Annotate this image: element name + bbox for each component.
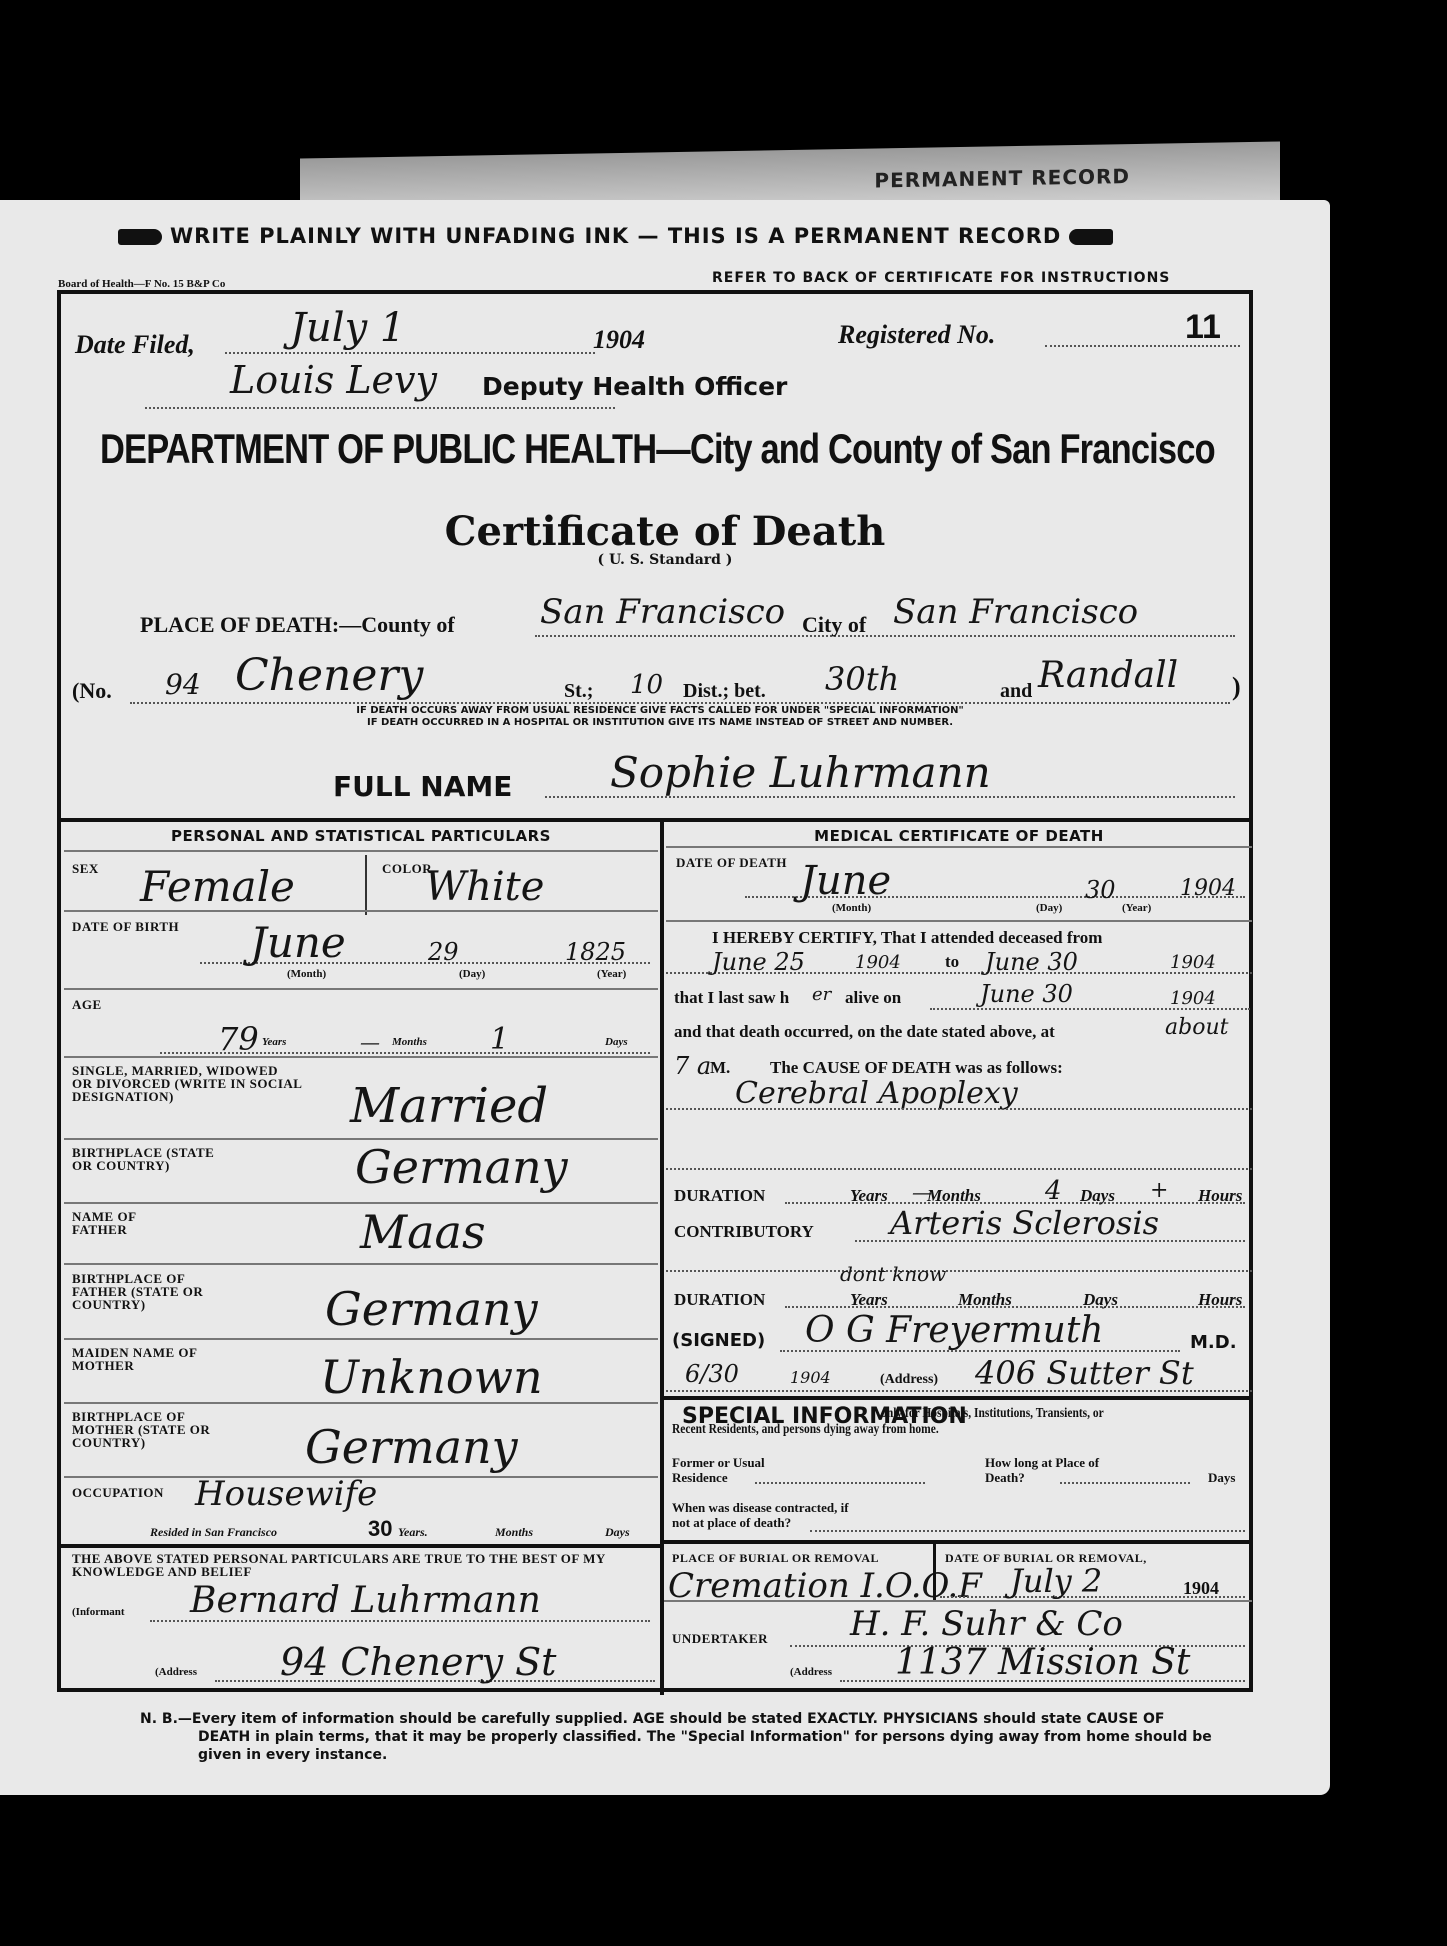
signed-label: (SIGNED) xyxy=(672,1330,765,1351)
year-caption: (Year) xyxy=(597,968,626,980)
dod-month-caption: (Month) xyxy=(832,902,871,914)
full-name-value: Sophie Luhrmann xyxy=(610,748,991,797)
contributory-label: CONTRIBUTORY xyxy=(674,1222,814,1242)
attended-from: June 25 xyxy=(712,948,805,976)
duration-2-note: dont know xyxy=(840,1262,946,1286)
dist-label: Dist.; bet. xyxy=(683,680,766,703)
department-heading: DEPARTMENT OF PUBLIC HEALTH—City and Cou… xyxy=(100,425,1215,473)
city-label: City of xyxy=(802,612,866,638)
age-days: 1 xyxy=(490,1022,509,1057)
dob-month: June xyxy=(250,918,346,967)
mother-label: MAIDEN NAME OF MOTHER xyxy=(72,1346,212,1372)
father-label: NAME OF FATHER xyxy=(72,1210,182,1236)
district-value: 10 xyxy=(630,670,663,700)
informant-address-value: 94 Chenery St xyxy=(280,1640,556,1684)
md-label: M.D. xyxy=(1190,1332,1237,1353)
certify-text: I HEREBY CERTIFY, That I attended deceas… xyxy=(712,928,1102,948)
resided-months-caption: Months xyxy=(495,1525,533,1540)
mother-value: Unknown xyxy=(320,1350,543,1404)
father-birthplace-label: BIRTHPLACE OF FATHER (State or Country) xyxy=(72,1272,212,1311)
street-value: Chenery xyxy=(235,650,423,701)
dob-label: DATE OF BIRTH xyxy=(72,920,179,933)
officer-signature: Louis Levy xyxy=(230,358,437,402)
duration-years-label: Years xyxy=(850,1186,888,1206)
resided-years: 30 xyxy=(368,1516,392,1542)
date-filed-value: July 1 xyxy=(290,305,405,351)
time-about: about xyxy=(1165,1015,1228,1040)
st-label: St.; xyxy=(564,680,593,703)
dob-year: 1825 xyxy=(565,938,626,966)
duration-2-days-label: Days xyxy=(1083,1290,1118,1310)
attended-to: June 30 xyxy=(985,948,1078,976)
resided-years-caption: Years. xyxy=(398,1525,428,1540)
date-filed-label: Date Filed, xyxy=(75,330,195,360)
month-caption: (Month) xyxy=(287,968,326,980)
age-years: 79 xyxy=(218,1020,259,1058)
residence-label: Former or Usual Residence xyxy=(672,1455,772,1485)
close-paren: ) xyxy=(1232,672,1241,702)
dod-year-caption: (Year) xyxy=(1122,902,1151,914)
date-filed-year: 1904 xyxy=(593,325,645,355)
sex-label: SEX xyxy=(72,862,99,875)
duration-2-years-label: Years xyxy=(850,1290,888,1310)
to-label: to xyxy=(945,952,959,972)
physician-address-value: 406 Sutter St xyxy=(975,1354,1194,1392)
informant-label: (Informant xyxy=(72,1606,125,1618)
occupation-value: Housewife xyxy=(195,1474,377,1514)
residence-note: IF DEATH OCCURS AWAY FROM USUAL RESIDENC… xyxy=(210,705,1110,729)
resided-days-caption: Days xyxy=(605,1525,630,1540)
contributory-value: Arteris Sclerosis xyxy=(890,1204,1159,1242)
registered-number: 11 xyxy=(1185,308,1221,347)
months-caption: Months xyxy=(392,1036,427,1048)
undertaker-address-value: 1137 Mission St xyxy=(895,1642,1190,1683)
attest-text: THE ABOVE STATED PERSONAL PARTICULARS AR… xyxy=(72,1552,652,1578)
time-of-death: 7 a xyxy=(674,1052,711,1080)
resided-label: Resided in San Francisco xyxy=(150,1525,277,1540)
back-sheet-text: PERMANENT RECORD xyxy=(874,164,1130,192)
physician-address-label: (Address) xyxy=(880,1372,938,1388)
registered-label: Registered No. xyxy=(838,320,995,350)
how-long-days-label: Days xyxy=(1208,1470,1235,1486)
medical-section-title: MEDICAL CERTIFICATE OF DEATH xyxy=(666,827,1252,845)
age-months: — xyxy=(360,1030,380,1054)
place-of-death-label: PLACE OF DEATH:—County of xyxy=(140,612,455,638)
marital-label: SINGLE, MARRIED, WIDOWED OR DIVORCED (Wr… xyxy=(72,1064,302,1103)
death-occurred-text: and that death occurred, on the date sta… xyxy=(674,1022,1055,1042)
days-caption: Days xyxy=(605,1036,628,1048)
attended-to-year: 1904 xyxy=(1170,952,1216,973)
personal-section-title: PERSONAL AND STATISTICAL PARTICULARS xyxy=(64,827,658,845)
burial-date-year: 1904 xyxy=(1183,1578,1219,1599)
duration-months-label: Months xyxy=(927,1186,981,1206)
age-label: AGE xyxy=(72,998,102,1011)
marital-value: Married xyxy=(350,1078,548,1134)
county-value: San Francisco xyxy=(540,592,785,632)
dod-month: June xyxy=(800,858,891,904)
undertaker-label: UNDERTAKER xyxy=(672,1632,768,1645)
dod-day: 30 xyxy=(1085,876,1116,904)
signed-date: 6/30 xyxy=(685,1360,739,1388)
footnote: N. B.—Every item of information should b… xyxy=(140,1710,1218,1764)
cause-value: Cerebral Apoplexy xyxy=(735,1076,1018,1111)
undertaker-address-label: (Address xyxy=(790,1666,832,1678)
no-label: (No. xyxy=(72,678,112,704)
special-info-subtitle: only for Hospitals, Institutions, Transi… xyxy=(672,1406,1139,1438)
burial-place-label: PLACE OF BURIAL OR REMOVAL xyxy=(672,1552,879,1565)
us-standard: ( U. S. Standard ) xyxy=(0,552,1330,568)
duration-hours-label: Hours xyxy=(1198,1186,1242,1206)
day-caption: (Day) xyxy=(459,968,485,980)
m-label: M. xyxy=(710,1058,730,1078)
signed-year: 1904 xyxy=(790,1368,831,1387)
alive-on-label: alive on xyxy=(845,988,901,1008)
contracted-label: When was disease contracted, if not at p… xyxy=(672,1500,862,1530)
duration-label: DURATION xyxy=(674,1186,765,1206)
duration-2-label: DURATION xyxy=(674,1290,765,1310)
birthplace-label: BIRTHPLACE (State or Country) xyxy=(72,1146,222,1172)
refer-instructions: REFER TO BACK OF CERTIFICATE FOR INSTRUC… xyxy=(712,270,1170,286)
officer-title: Deputy Health Officer xyxy=(482,372,787,401)
duration-days-label: Days xyxy=(1080,1186,1115,1206)
physician-signature: O G Freyermuth xyxy=(805,1310,1103,1351)
last-saw-year: 1904 xyxy=(1170,988,1216,1009)
and-label: and xyxy=(1000,680,1032,703)
undertaker-value: H. F. Suhr & Co xyxy=(850,1604,1123,1644)
between-2: Randall xyxy=(1038,655,1178,696)
years-caption: Years xyxy=(262,1036,286,1048)
city-value: San Francisco xyxy=(893,592,1138,632)
last-saw-pronoun: er xyxy=(812,984,831,1005)
attended-from-year: 1904 xyxy=(855,952,901,973)
dod-day-caption: (Day) xyxy=(1036,902,1062,914)
duration-2-hours-label: Hours xyxy=(1198,1290,1242,1310)
sex-value: Female xyxy=(140,862,295,911)
occupation-label: OCCUPATION xyxy=(72,1486,164,1499)
last-saw-label: that I last saw h xyxy=(674,988,789,1008)
duration-days-value: 4 xyxy=(1045,1176,1062,1206)
burial-date-value: July 2 xyxy=(1010,1562,1102,1600)
pointing-hand-icon xyxy=(1069,229,1113,245)
color-value: White xyxy=(425,864,544,910)
how-long-label: How long at Place of Death? xyxy=(985,1455,1105,1485)
pointing-hand-icon xyxy=(118,229,162,245)
cause-label: The CAUSE OF DEATH was as follows: xyxy=(770,1058,1063,1078)
dob-day: 29 xyxy=(428,938,459,966)
dod-label: DATE OF DEATH xyxy=(676,856,787,869)
birthplace-value: Germany xyxy=(355,1140,568,1194)
full-name-label: FULL NAME xyxy=(333,770,512,803)
mother-birthplace-label: BIRTHPLACE OF MOTHER (State or Country) xyxy=(72,1410,212,1449)
ink-banner: WRITE PLAINLY WITH UNFADING INK — THIS I… xyxy=(110,224,1121,248)
between-1: 30th xyxy=(825,660,899,698)
duration-hours-value: + xyxy=(1150,1178,1168,1203)
father-birthplace-value: Germany xyxy=(325,1282,538,1336)
board-line: Board of Health—F No. 15 B&P Co xyxy=(58,278,225,290)
informant-address-label: (Address xyxy=(155,1666,197,1678)
house-number: 94 xyxy=(165,668,201,701)
certificate-title: Certificate of Death xyxy=(0,508,1330,555)
informant-value: Bernard Luhrmann xyxy=(190,1580,541,1621)
duration-2-months-label: Months xyxy=(958,1290,1012,1310)
father-value: Maas xyxy=(360,1205,486,1259)
mother-birthplace-value: Germany xyxy=(305,1420,518,1474)
dod-year: 1904 xyxy=(1180,876,1236,901)
last-saw-date: June 30 xyxy=(980,980,1073,1008)
